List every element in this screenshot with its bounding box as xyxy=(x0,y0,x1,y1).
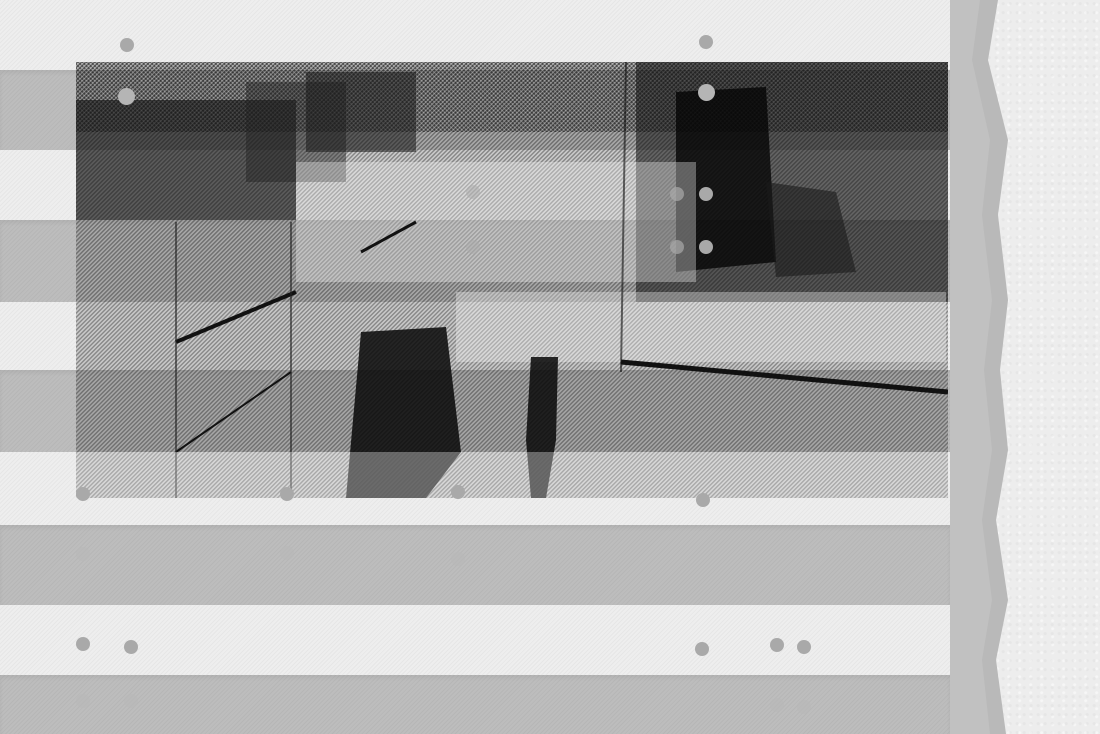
punched-hole xyxy=(120,38,134,52)
punched-hole xyxy=(466,185,480,199)
pleat xyxy=(0,525,950,605)
pleated-paper xyxy=(0,0,950,734)
punched-hole xyxy=(696,493,710,507)
punched-hole xyxy=(797,640,811,654)
punched-hole xyxy=(76,547,90,561)
punched-hole xyxy=(770,638,784,652)
punched-hole xyxy=(699,35,713,49)
punched-hole xyxy=(118,88,135,105)
halftone-print xyxy=(76,62,948,498)
punched-hole xyxy=(76,694,90,708)
punched-hole xyxy=(124,640,138,654)
punched-hole xyxy=(124,694,138,708)
punched-hole xyxy=(280,487,294,501)
punched-hole xyxy=(770,698,784,712)
punched-hole xyxy=(76,487,90,501)
punched-hole xyxy=(76,637,90,651)
punched-hole xyxy=(699,240,713,254)
punched-hole xyxy=(451,485,465,499)
punched-hole xyxy=(699,187,713,201)
punched-hole xyxy=(695,642,709,656)
pleat xyxy=(0,0,950,70)
punched-hole xyxy=(280,546,294,560)
punched-hole xyxy=(451,552,465,566)
punched-hole xyxy=(698,84,715,101)
punched-hole xyxy=(670,187,684,201)
punched-hole xyxy=(670,240,684,254)
wall-shadow xyxy=(940,0,1020,734)
punched-hole xyxy=(466,240,480,254)
punched-hole xyxy=(797,700,811,714)
